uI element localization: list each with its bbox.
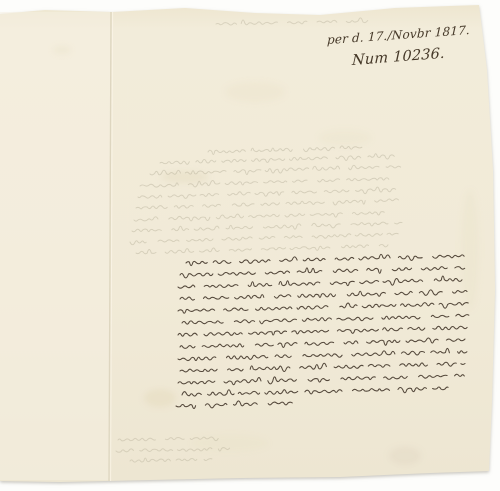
photo-background: per d. 17./Novbr 1817. Num 10236. <box>0 0 500 491</box>
paper-left-panel <box>0 12 110 480</box>
letter-photo <box>0 0 500 491</box>
